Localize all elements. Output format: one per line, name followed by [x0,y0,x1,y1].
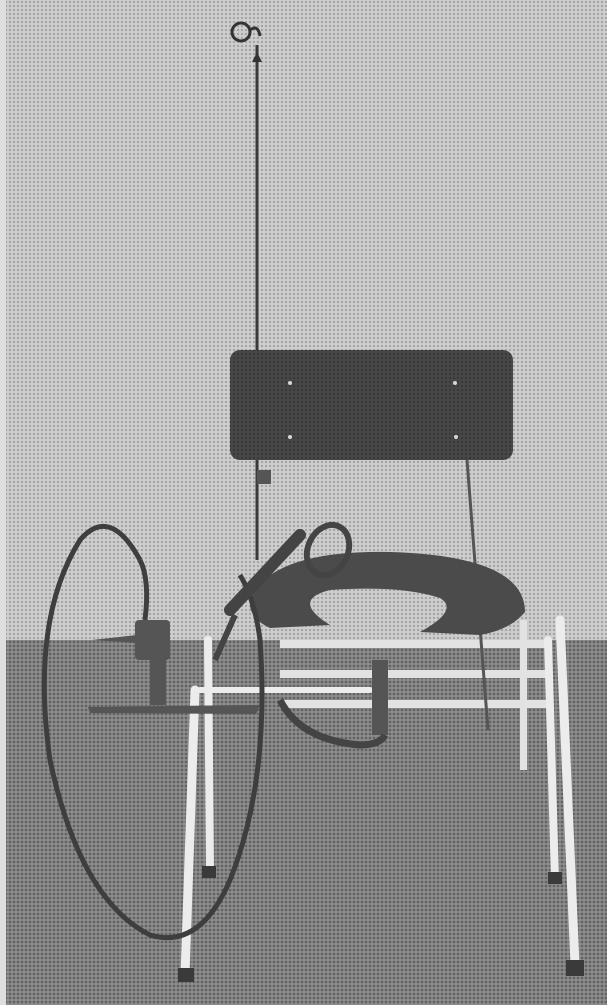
photo-frame [0,0,607,1005]
halftone-photo [0,0,607,1005]
